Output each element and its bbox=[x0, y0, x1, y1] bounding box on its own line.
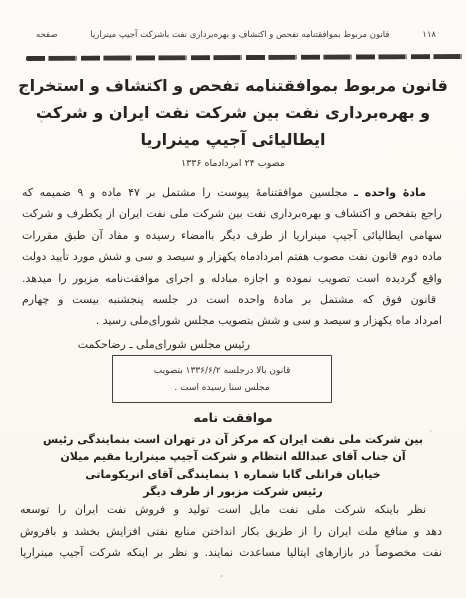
law-title-line-2: و بهره‌برداری نفت بین شرکت نفت ایران و ش… bbox=[0, 99, 466, 126]
document-page: صفحه قانون مربوط بموافقتنامه تفحص و اکتش… bbox=[0, 0, 466, 598]
ratification-line: قانون فوق که مشتمل بر مادهٔ واحده است در… bbox=[22, 289, 442, 310]
article-line: ماده دوم قانون نفت مصوب هفتم امردادماه ی… bbox=[22, 246, 442, 267]
senate-box-line-2: مجلس سنا رسیده است . bbox=[113, 380, 331, 397]
preamble-line: نفت مخصوصاً در بازارهای ایتالیا مساعدت ن… bbox=[20, 542, 442, 564]
parties-paragraph: بین شرکت ملی نفت ایران که مرکز آن در تهر… bbox=[20, 431, 446, 501]
law-title: قانون مربوط بموافقتنامه تفحص و اکتشاف و … bbox=[0, 72, 466, 153]
article-line: راجع بتفحص و اکتشاف و بهره‌برداری نفت بی… bbox=[22, 203, 442, 224]
paper-speck bbox=[220, 575, 223, 577]
page-number: ۱۱۸ bbox=[422, 30, 436, 40]
ratification-line: امرداد ماه یکهزار و سیصد و سی و شش بتصوی… bbox=[22, 310, 442, 331]
article-text: مادهٔ واحده ـ مجلسین موافقتنامهٔ پیوست ر… bbox=[22, 182, 442, 355]
article-line: سهامی ایطالیائی آجیپ مینراریا از طرف دیگ… bbox=[22, 225, 442, 246]
running-title: قانون مربوط بموافقتنامه تفحص و اکتشاف و … bbox=[90, 30, 389, 40]
senate-box-line-1: قانون بالا درجلسه ۱۳۳۶/۶/۲ بتصویب bbox=[113, 363, 331, 380]
article-line-text: مجلسین موافقتنامهٔ پیوست را مشتمل بر ۴۷ … bbox=[22, 186, 348, 199]
approval-date: مصوب ۲۴ امردادماه ۱۳۳۶ bbox=[0, 158, 466, 169]
article-lead: مادهٔ واحده ـ bbox=[354, 186, 426, 199]
speaker-signature: رئیس مجلس شورای‌ملی ـ رضاحکمت bbox=[22, 334, 250, 355]
agreement-heading: موافقت نامه bbox=[0, 410, 466, 425]
law-title-line-1: قانون مربوط بموافقتنامه تفحص و اکتشاف و … bbox=[0, 72, 466, 99]
header-ink-rule bbox=[26, 54, 466, 61]
parties-line: بین شرکت ملی نفت ایران که مرکز آن در تهر… bbox=[20, 431, 446, 448]
page-side-label: صفحه bbox=[36, 30, 58, 40]
preamble-line: دهد و منافع ملت ایران را از طریق بکار ان… bbox=[20, 521, 442, 543]
senate-approval-box: قانون بالا درجلسه ۱۳۳۶/۶/۲ بتصویب مجلس س… bbox=[112, 355, 332, 403]
law-title-line-3: ایطالیائی آجیپ مینراریا bbox=[0, 126, 466, 153]
parties-line: آن جناب آقای عبدالله انتظام و شرکت آجیپ … bbox=[20, 448, 446, 465]
parties-line: رئیس شرکت مزبور از طرف دیگر bbox=[20, 483, 446, 500]
parties-line: خیابان فراتلی گابا شماره ۱ بنمایندگی آقا… bbox=[20, 466, 446, 483]
paper-speck bbox=[40, 120, 43, 123]
preamble-paragraph: نظر باینکه شرکت ملی نفت مایل است تولید و… bbox=[20, 499, 442, 564]
article-line: واقع گردیده است تصویب نموده و اجازه مباد… bbox=[22, 268, 442, 289]
paper-speck bbox=[430, 430, 432, 432]
preamble-line: نظر باینکه شرکت ملی نفت مایل است تولید و… bbox=[20, 499, 442, 521]
page-header: صفحه قانون مربوط بموافقتنامه تفحص و اکتش… bbox=[36, 30, 436, 40]
article-line: مادهٔ واحده ـ مجلسین موافقتنامهٔ پیوست ر… bbox=[22, 182, 442, 203]
